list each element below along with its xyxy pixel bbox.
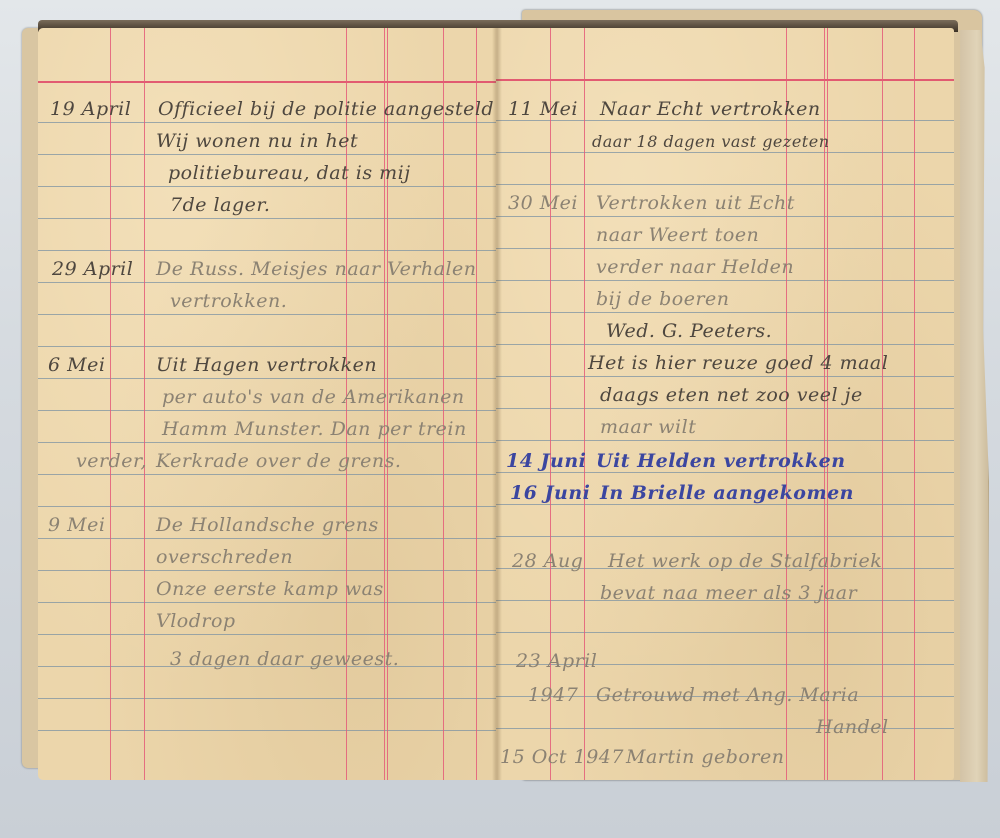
binding-gutter (492, 28, 502, 780)
entry-date: 29 April (52, 258, 133, 280)
rule (38, 570, 496, 571)
entry-line: Het werk op de Stalfabriek (608, 550, 882, 572)
rule (38, 282, 496, 283)
entry-line: Het is hier reuze goed 4 maal (588, 352, 888, 374)
rule (496, 504, 954, 505)
rule (38, 730, 496, 731)
entry-line: Onze eerste kamp was (156, 578, 384, 600)
entry-date: 23 April (516, 650, 597, 672)
entry-date: 6 Mei (48, 354, 105, 376)
entry-date: 28 Aug (512, 550, 583, 572)
entry-line: Wed. G. Peeters. (606, 320, 772, 342)
rule (38, 698, 496, 699)
rule (496, 376, 954, 377)
date-column-rule (110, 28, 111, 780)
entry-line: Getrouwd met Ang. Maria (596, 684, 859, 706)
entry-line: bij de boeren (596, 288, 730, 310)
entry-line: Uit Helden vertrokken (596, 450, 846, 472)
rule (38, 602, 496, 603)
entry-date: 9 Mei (48, 514, 105, 536)
entry-line: maar wilt (600, 416, 696, 438)
entry-line: daar 18 dagen vast gezeten (592, 132, 830, 151)
rule (38, 250, 496, 251)
entry-line: De Hollandsche grens (156, 514, 379, 536)
entry-line: daags eten net zoo veel je (600, 384, 863, 406)
rule (38, 506, 496, 507)
rule (38, 346, 496, 347)
rule (38, 634, 496, 635)
text-column-rule (144, 28, 145, 780)
rule (38, 122, 496, 123)
rule (38, 410, 496, 411)
rule (38, 218, 496, 219)
amount-column-rule (914, 28, 915, 780)
header-red-rule (38, 81, 496, 83)
entry-line: 7de lager. (170, 194, 270, 216)
entry-line: Vertrokken uit Echt (596, 192, 795, 214)
rule (38, 154, 496, 155)
rule (38, 186, 496, 187)
entry-date: 14 Juni (506, 450, 586, 472)
rule (496, 312, 954, 313)
right-page: 11 Mei Naar Echt vertrokken daar 18 dage… (496, 28, 954, 780)
rule (496, 216, 954, 217)
entry-line: per auto's van de Amerikanen (162, 386, 465, 408)
entry-line: overschreden (156, 546, 293, 568)
entry-line: Vlodrop (156, 610, 236, 632)
rule (38, 378, 496, 379)
rule (38, 538, 496, 539)
left-page: 19 April Officieel bij de politie aanges… (38, 28, 496, 780)
rule (496, 472, 954, 473)
entry-date: 11 Mei (508, 98, 578, 120)
entry-line: De Russ. Meisjes naar Verhalen (156, 258, 477, 280)
entry-line: Officieel bij de politie aangesteld (158, 98, 494, 120)
rule (496, 120, 954, 121)
amount-column-rule (476, 28, 477, 780)
entry-date: 30 Mei (508, 192, 578, 214)
entry-line: Naar Echt vertrokken (600, 98, 821, 120)
entry-line: 3 dagen daar geweest. (170, 648, 399, 670)
rule (496, 440, 954, 441)
entry-line: Handel (816, 716, 889, 738)
header-red-rule (496, 79, 954, 81)
entry-line: Hamm Munster. Dan per trein (162, 418, 467, 440)
margin-note: verder, (76, 450, 147, 472)
rule (38, 314, 496, 315)
entry-line: politiebureau, dat is mij (168, 162, 411, 184)
entry-year: 1947 (528, 684, 578, 706)
rule (496, 344, 954, 345)
entry-line: bevat naa meer als 3 jaar (600, 582, 857, 604)
entry-date: 19 April (50, 98, 131, 120)
rule (496, 184, 954, 185)
entry-line: Martin geboren (626, 746, 784, 768)
entry-line: vertrokken. (170, 290, 287, 312)
entry-line: Uit Hagen vertrokken (156, 354, 377, 376)
entry-line: naar Weert toen (596, 224, 759, 246)
entry-date: 16 Juni (510, 482, 590, 504)
entry-line: Wij wonen nu in het (156, 130, 358, 152)
entry-line: In Brielle aangekomen (600, 482, 854, 504)
entry-line: Kerkrade over de grens. (156, 450, 401, 472)
entry-line: 15 Oct 1947 (500, 746, 624, 768)
rule (38, 474, 496, 475)
rule (496, 408, 954, 409)
amount-column-rule (882, 28, 883, 780)
entry-line: verder naar Helden (596, 256, 794, 278)
rule (496, 632, 954, 633)
rule (38, 442, 496, 443)
rule (496, 536, 954, 537)
rule (496, 248, 954, 249)
rule (496, 152, 954, 153)
rule (496, 280, 954, 281)
